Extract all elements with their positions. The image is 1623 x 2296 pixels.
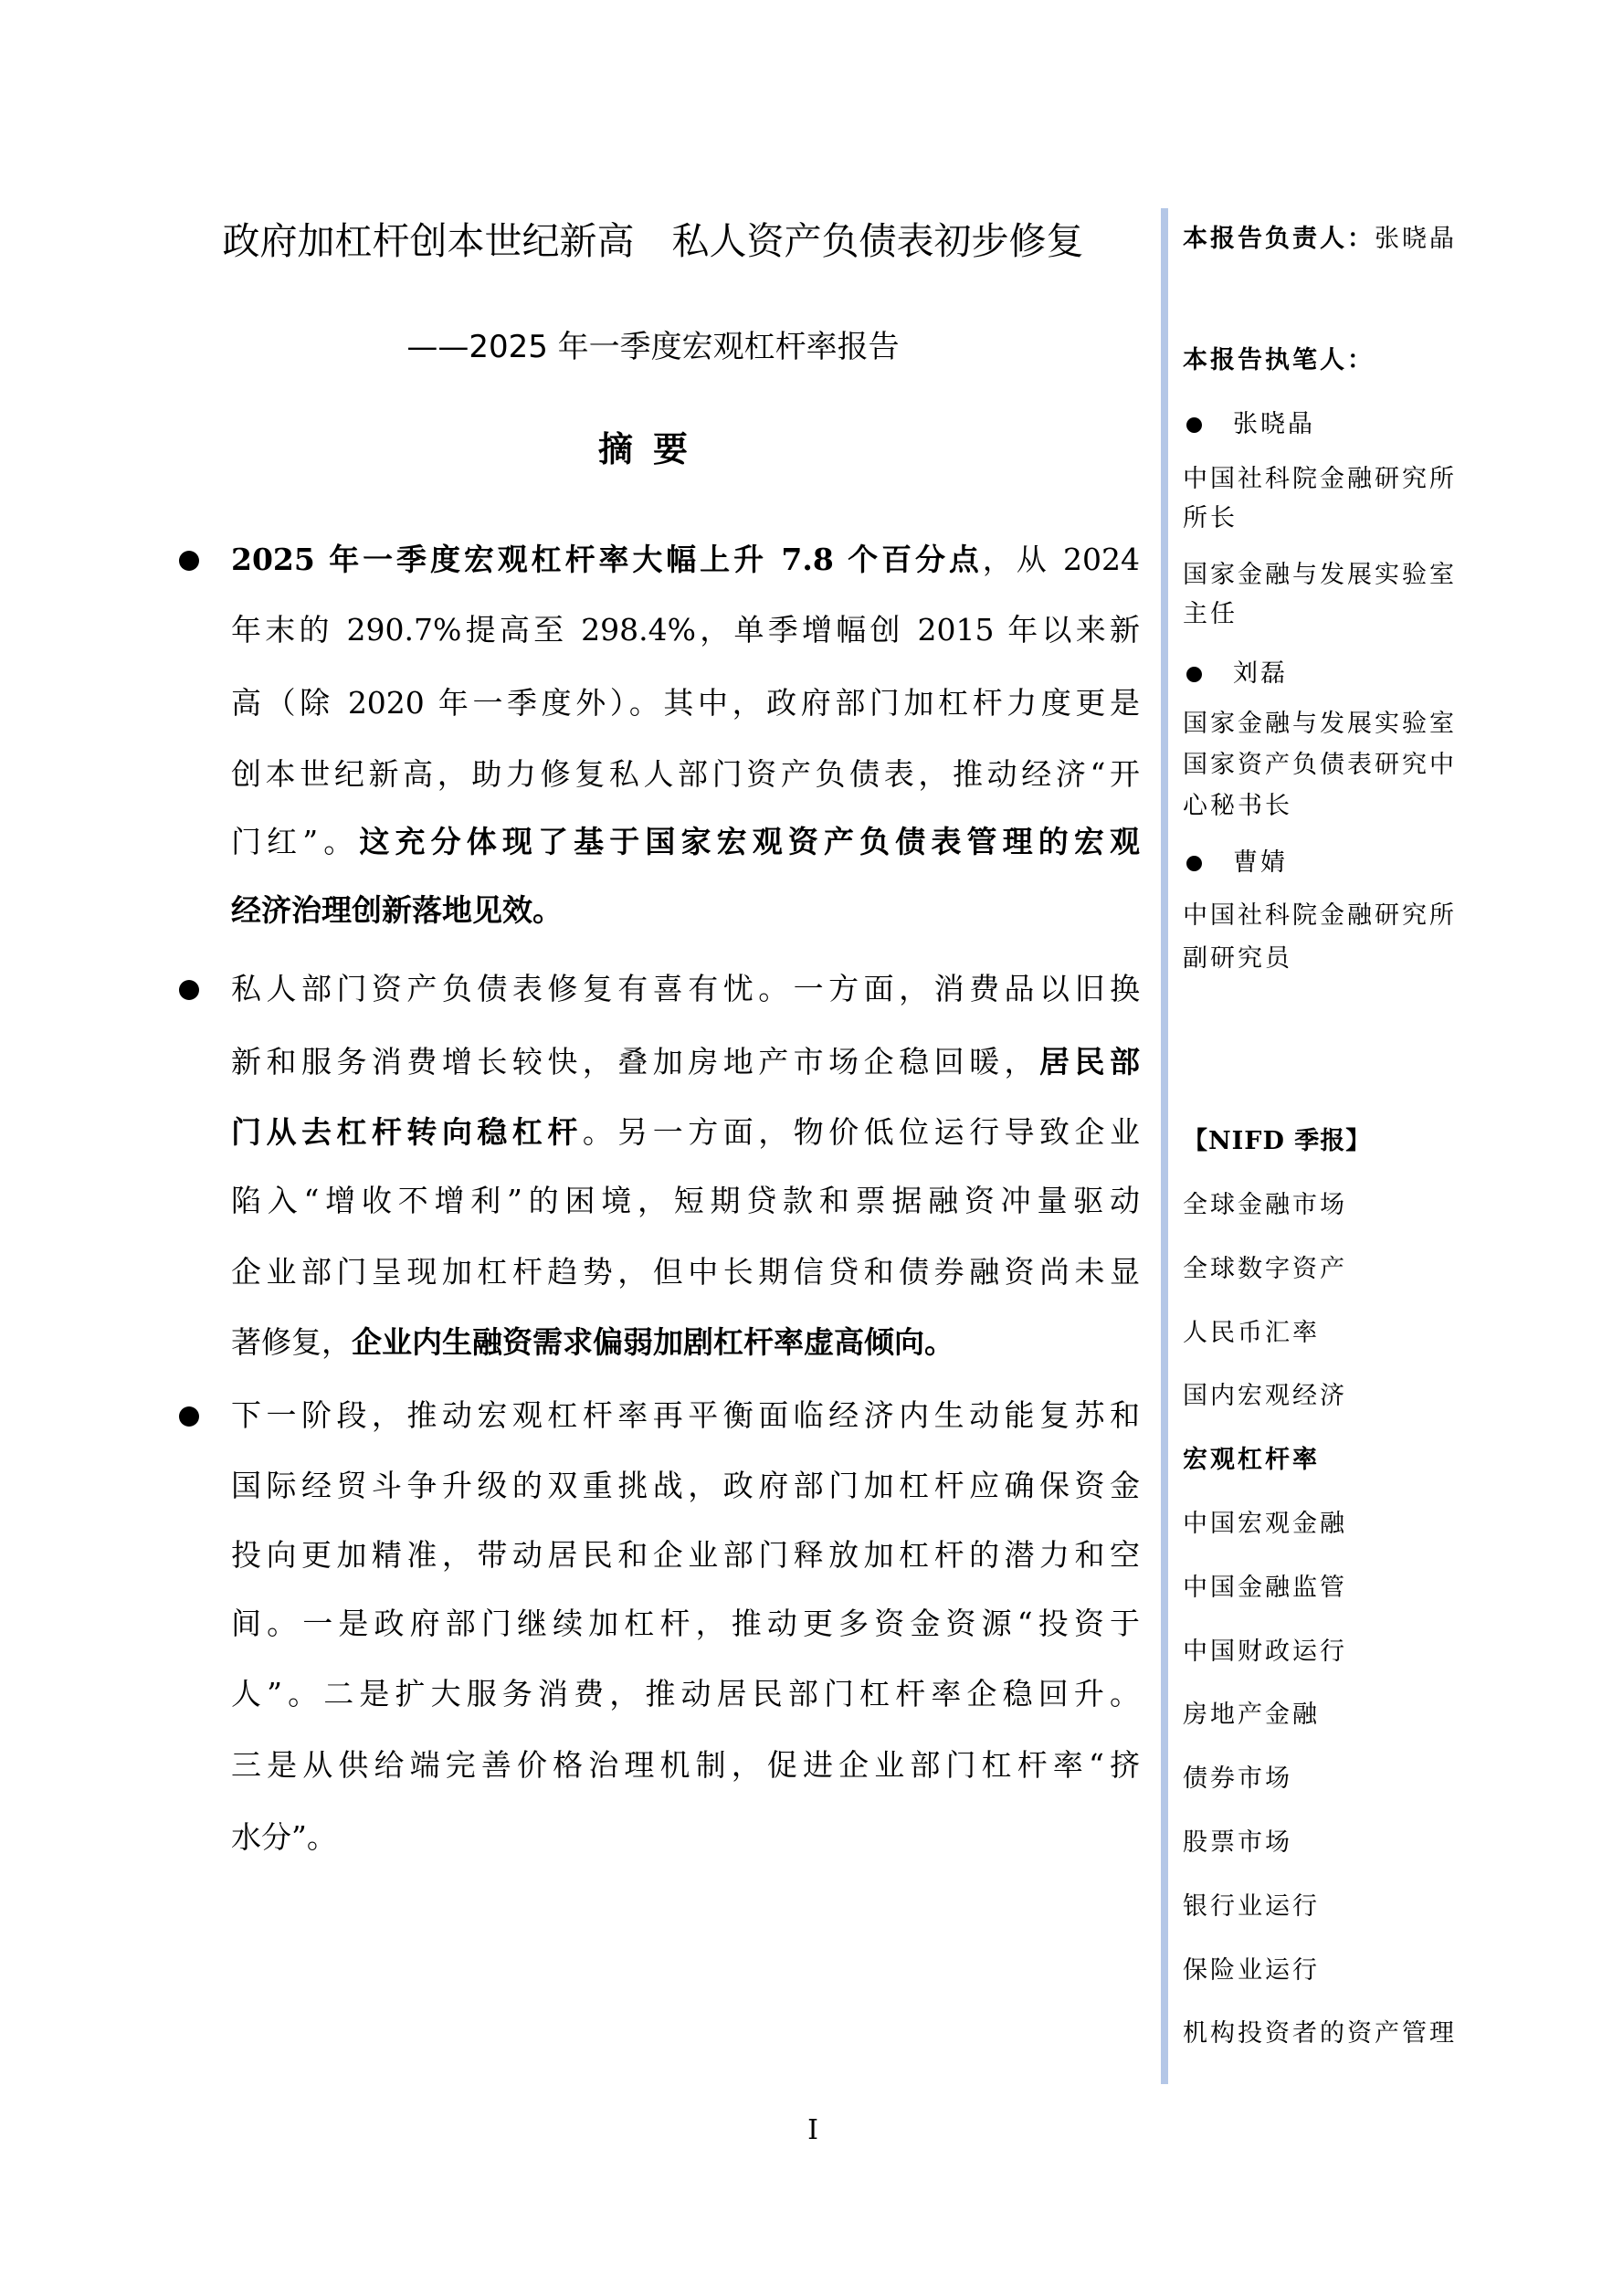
series-heading: 【NIFD 季报】 [1183,1124,1371,1159]
abstract-line: 年末的 290.7%提高至 298.4%，单季增幅创 2015 年以来新 [231,610,1140,650]
abstract-line: 门从去杠杆转向稳杠杆。另一方面，物价低位运行导致企业 [231,1112,1140,1153]
series-item: 股票市场 [1183,1826,1292,1860]
body-text: 国际经贸斗争升级的双重挑战，政府部门加杠杆应确保资金 [231,1468,1140,1503]
abstract-heading: 摘要 [164,426,1142,473]
body-text: ，从 2024 [983,542,1140,577]
series-item: 保险业运行 [1183,1954,1320,1988]
body-text: 三是从供给端完善价格治理机制，促进企业部门杠杆率“挤 [231,1747,1140,1783]
abstract-line: 间。一是政府部门继续加杠杆，推动更多资金资源“投资于 [231,1604,1140,1644]
report-subtitle: ——2025 年一季度宏观杠杆率报告 [164,324,1142,370]
body-text: 门红”。 [231,824,359,859]
author-affiliation: 心秘书长 [1183,789,1292,824]
author-affiliation: 主任 [1183,597,1238,632]
author-name: 刘磊 [1233,657,1288,691]
author-affiliation: 国家金融与发展实验室 [1183,558,1457,593]
abstract-line: 人”。二是扩大服务消费，推动居民部门杠杆率企稳回升。 [231,1674,1140,1714]
abstract-line: 陷入“增收不增利”的困境，短期贷款和票据融资冲量驱动 [231,1181,1140,1221]
responsible-line: 本报告负责人：张晓晶 [1183,222,1457,257]
author-name: 张晓晶 [1233,407,1315,442]
abstract-line: 经济治理创新落地见效。 [231,890,1140,931]
abstract-line: 水分”。 [231,1817,1140,1858]
series-item: 中国宏观金融 [1183,1507,1347,1542]
body-text: 。另一方面，物价低位运行导致企业 [583,1114,1140,1150]
page-number: I [785,2114,840,2147]
body-text: 企业部门呈现加杠杆趋势，但中长期信贷和债券融资尚未显 [231,1254,1140,1290]
author-affiliation: 国家金融与发展实验室 [1183,707,1457,742]
abstract-line: 三是从供给端完善价格治理机制，促进企业部门杠杆率“挤 [231,1745,1140,1785]
author-name: 曹婧 [1233,846,1288,880]
sidebar-divider-rail [1161,208,1168,2084]
abstract-line: 高（除 2020 年一季度外）。其中，政府部门加杠杆力度更是 [231,683,1140,723]
author-bullet-icon [1186,417,1202,433]
bullet-icon [179,1406,199,1427]
series-item: 房地产金融 [1183,1698,1320,1733]
emphasis-text: 门从去杠杆转向稳杠杆 [231,1114,583,1150]
emphasis-text: 经济治理创新落地见效。 [231,892,563,928]
abstract-line: 投向更加精准，带动居民和企业部门释放加杠杆的潜力和空 [231,1535,1140,1575]
body-text: 投向更加精准，带动居民和企业部门释放加杠杆的潜力和空 [231,1537,1140,1573]
body-text: 创本世纪新高，助力修复私人部门资产负债表，推动经济“开 [231,756,1140,792]
body-text: 人”。二是扩大服务消费，推动居民部门杠杆率企稳回升。 [231,1676,1140,1711]
body-text: 陷入“增收不增利”的困境，短期贷款和票据融资冲量驱动 [231,1183,1140,1218]
series-item: 机构投资者的资产管理 [1183,2017,1457,2051]
abstract-line: 下一阶段，推动宏观杠杆率再平衡面临经济内生动能复苏和 [231,1396,1140,1436]
author-affiliation: 副研究员 [1183,942,1292,976]
author-affiliation: 国家资产负债表研究中 [1183,748,1457,783]
author-bullet-icon [1186,667,1202,682]
author-bullet-icon [1186,856,1202,871]
abstract-line: 企业部门呈现加杠杆趋势，但中长期信贷和债券融资尚未显 [231,1252,1140,1292]
authors-label: 本报告执笔人： [1183,343,1375,378]
emphasis-text: 2025 年一季度宏观杠杆率大幅上升 7.8 个百分点 [231,542,983,577]
body-text: 新和服务消费增长较快，叠加房地产市场企稳回暖， [231,1044,1039,1080]
series-item: 全球金融市场 [1183,1188,1347,1223]
abstract-line: 2025 年一季度宏观杠杆率大幅上升 7.8 个百分点，从 2024 [231,540,1140,580]
series-item: 人民币汇率 [1183,1316,1320,1351]
emphasis-text: 这充分体现了基于国家宏观资产负债表管理的宏观 [359,824,1140,859]
series-item: 中国金融监管 [1183,1571,1347,1606]
body-text: 水分”。 [231,1819,337,1855]
body-text: 年末的 290.7%提高至 298.4%，单季增幅创 2015 年以来新 [231,612,1140,648]
series-item: 债券市场 [1183,1762,1292,1796]
body-text: 私人部门资产负债表修复有喜有忧。一方面，消费品以旧换 [231,971,1140,1006]
body-text: 间。一是政府部门继续加杠杆，推动更多资金资源“投资于 [231,1606,1140,1641]
body-text: 著修复， [231,1324,352,1360]
abstract-line: 新和服务消费增长较快，叠加房地产市场企稳回暖，居民部 [231,1042,1140,1082]
body-text: 下一阶段，推动宏观杠杆率再平衡面临经济内生动能复苏和 [231,1397,1140,1433]
bullet-icon [179,551,199,571]
author-affiliation: 所长 [1183,501,1238,536]
author-affiliation: 中国社科院金融研究所 [1183,462,1457,497]
report-title: 政府加杠杆创本世纪新高 私人资产负债表初步修复 [164,216,1142,267]
series-item: 全球数字资产 [1183,1252,1347,1287]
series-item: 国内宏观经济 [1183,1379,1347,1414]
abstract-line: 私人部门资产负债表修复有喜有忧。一方面，消费品以旧换 [231,969,1140,1009]
responsible-name: 张晓晶 [1375,225,1457,253]
bullet-icon [179,980,199,1000]
responsible-label: 本报告负责人： [1183,225,1375,253]
emphasis-text: 企业内生融资需求偏弱加剧杠杆率虚高倾向。 [352,1324,954,1360]
abstract-line: 创本世纪新高，助力修复私人部门资产负债表，推动经济“开 [231,754,1140,795]
emphasis-text: 居民部 [1039,1044,1140,1080]
series-item: 中国财政运行 [1183,1635,1347,1669]
body-text: 高（除 2020 年一季度外）。其中，政府部门加杠杆力度更是 [231,685,1140,721]
abstract-line: 门红”。这充分体现了基于国家宏观资产负债表管理的宏观 [231,822,1140,862]
series-item: 银行业运行 [1183,1890,1320,1924]
series-item-current: 宏观杠杆率 [1183,1443,1320,1478]
abstract-line: 国际经贸斗争升级的双重挑战，政府部门加杠杆应确保资金 [231,1466,1140,1506]
author-affiliation: 中国社科院金融研究所 [1183,899,1457,933]
abstract-line: 著修复，企业内生融资需求偏弱加剧杠杆率虚高倾向。 [231,1322,1140,1363]
